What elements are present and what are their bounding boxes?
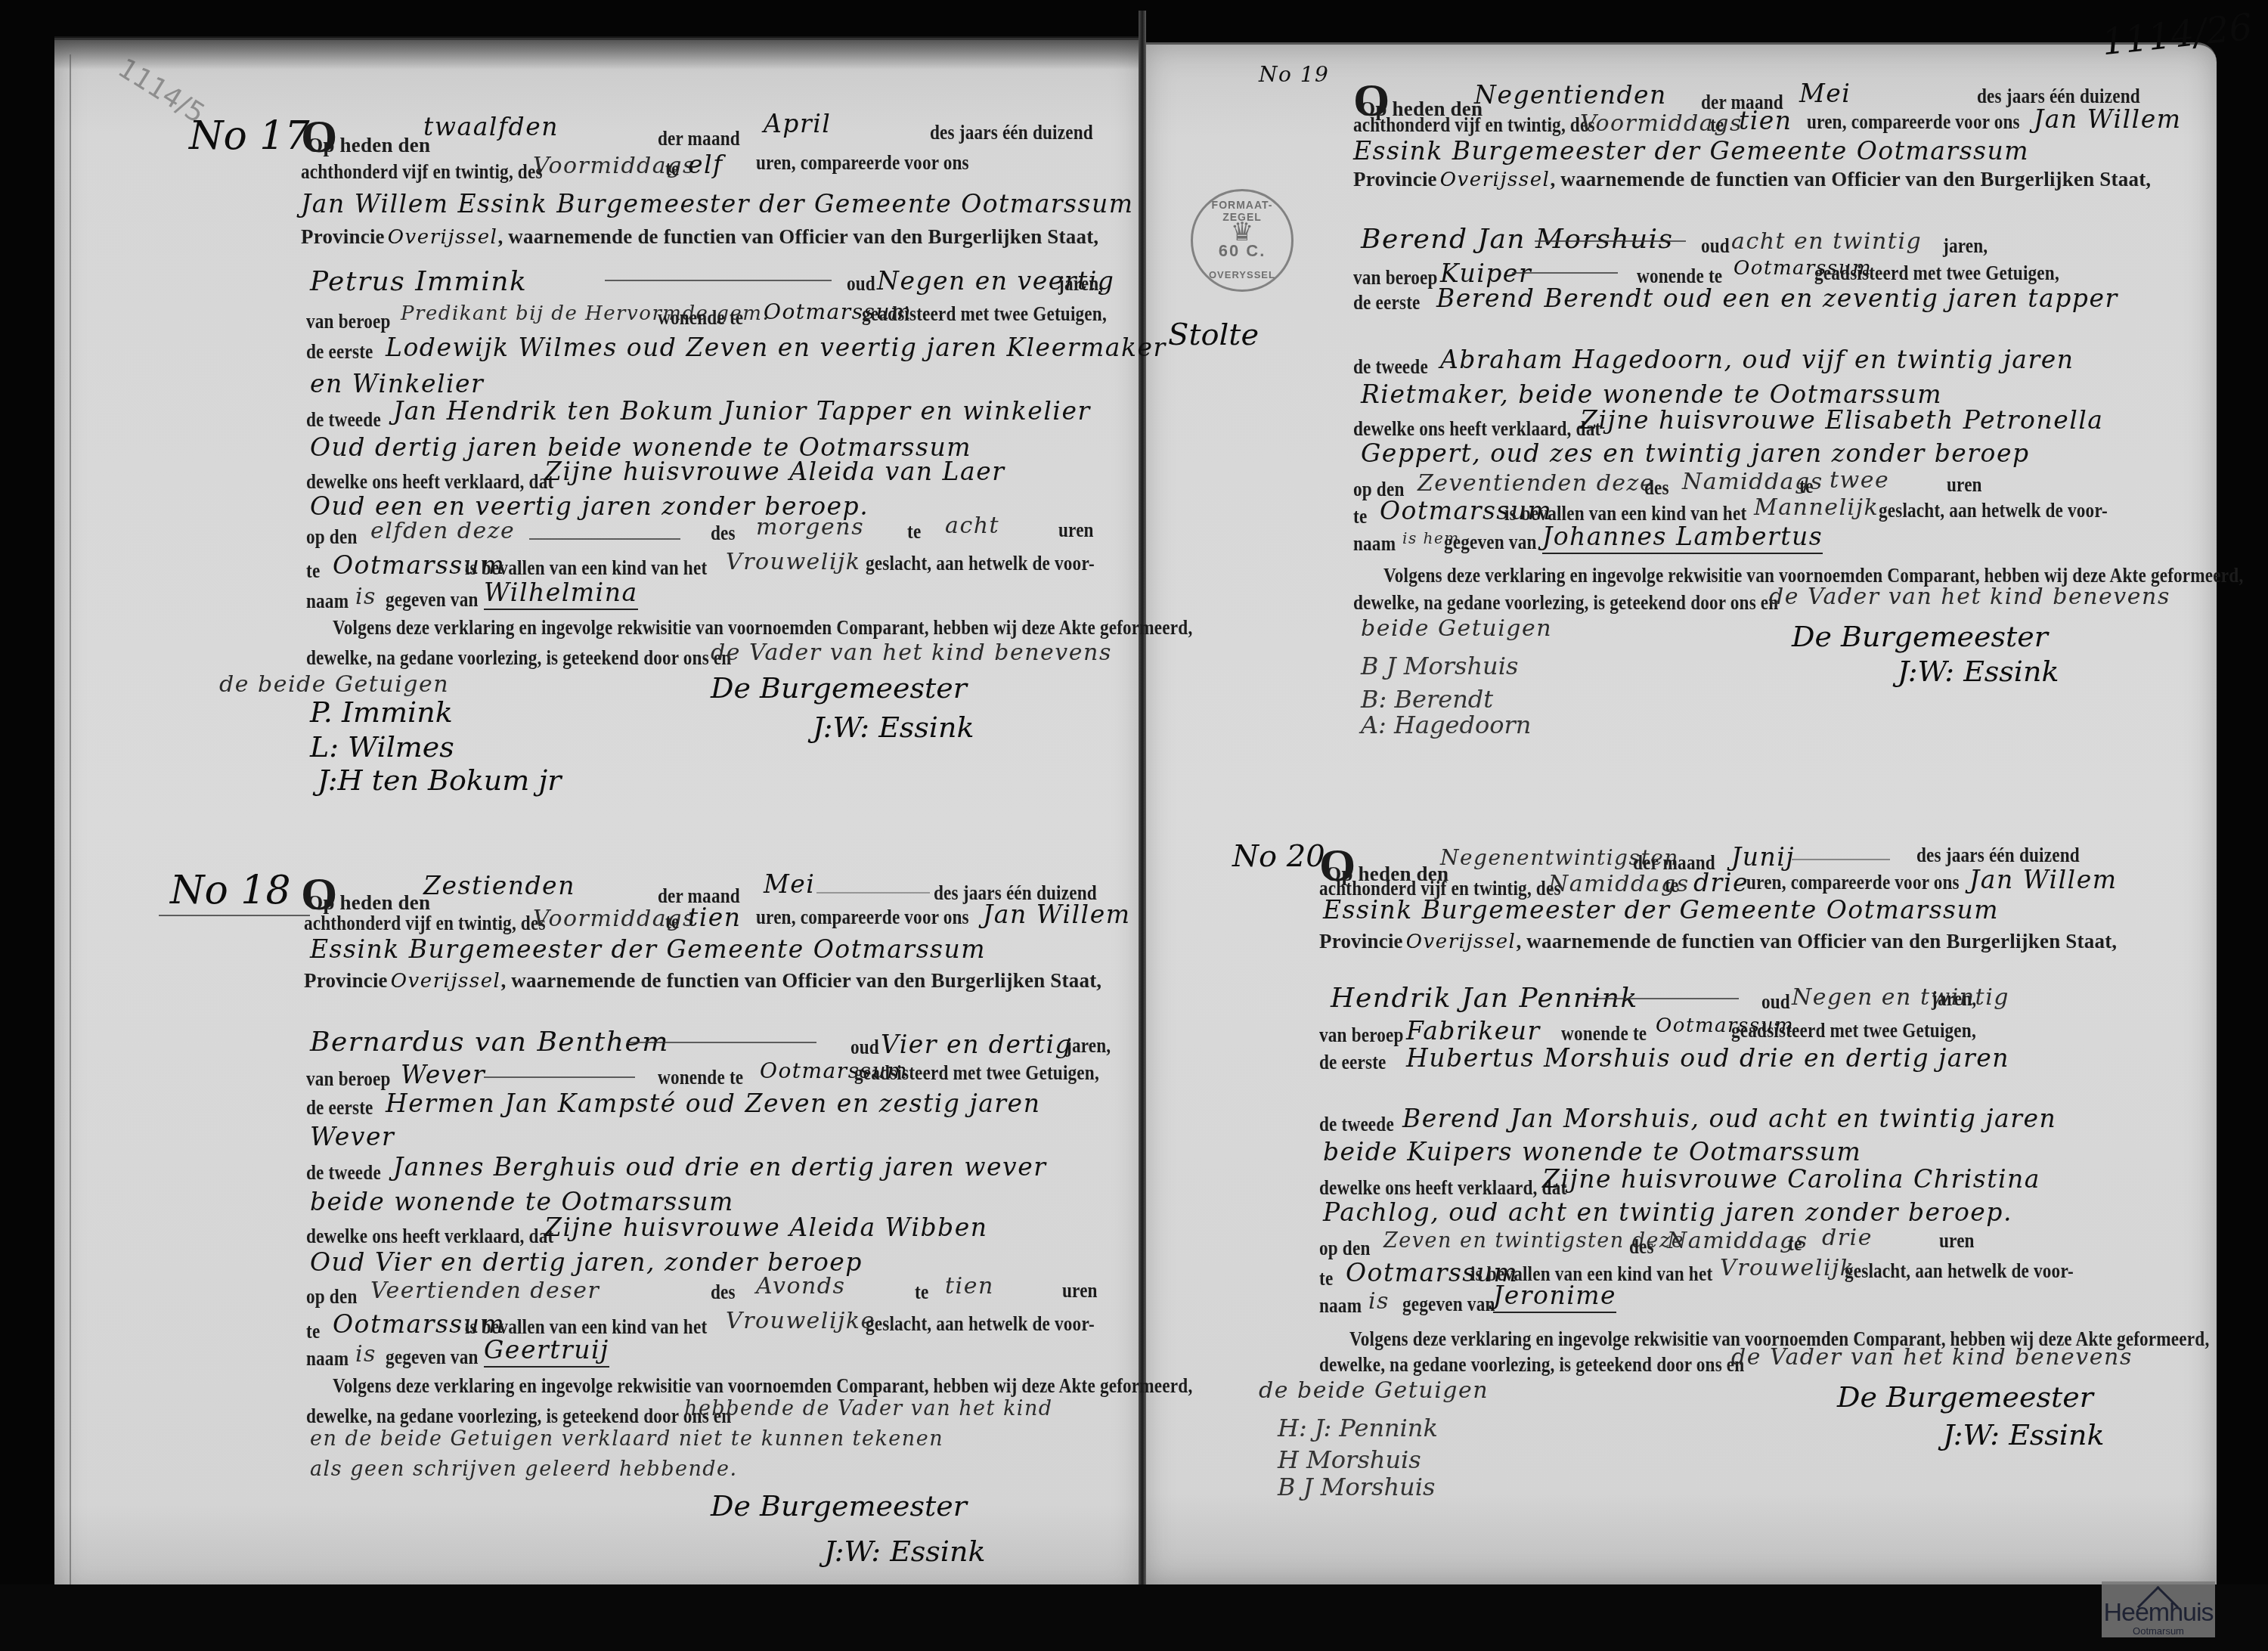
entry-number: No 19	[1259, 62, 1329, 87]
signature-witness-2: J:H ten Bokum jr	[318, 764, 561, 797]
signature-declarant: P. Immink	[310, 695, 453, 729]
signature-witness-1: H Morshuis	[1278, 1445, 1421, 1474]
mayor-signature: J:W: Essink	[1943, 1418, 2105, 1451]
heemhuis-watermark: Heemhuis Ootmarsum	[2102, 1581, 2215, 1637]
mayor-signature: J:W: Essink	[824, 1535, 986, 1568]
mayor-title: De Burgemeester	[711, 1489, 967, 1522]
mayor-title: De Burgemeester	[711, 671, 967, 705]
entry-number: No 18	[170, 868, 291, 913]
entry-number: No 17	[189, 113, 310, 159]
record-month: Mei	[764, 869, 815, 899]
child-name: Johannes Lambertus	[1542, 522, 1823, 554]
birth-day: elfden deze	[370, 518, 515, 544]
child-name: Wilhelmina	[484, 578, 638, 610]
entry-number: No 20	[1232, 839, 1325, 874]
declarant-name: Petrus Immink	[310, 266, 527, 297]
signature-declarant: B J Morshuis	[1361, 652, 1518, 680]
record-day: Zestienden	[423, 871, 575, 900]
bottom-background	[0, 1584, 2268, 1651]
witness-1: Lodewijk Wilmes oud Zeven en veertig jar…	[386, 333, 1167, 362]
record-day: twaalfden	[423, 112, 559, 141]
signature-witness-2: B J Morshuis	[1278, 1473, 1435, 1501]
mother: Zijne huisvrouwe Aleida van Laer	[544, 457, 1005, 486]
page-top-shadow	[54, 36, 1143, 70]
folio-number: 1114/26	[2100, 6, 2254, 64]
signature-witness-2: A: Hagedoorn	[1361, 711, 1531, 739]
record-month: April	[764, 109, 831, 138]
signature-declarant: H: J: Pennink	[1278, 1414, 1438, 1442]
signature-witness-1: B: Berendt	[1361, 685, 1493, 714]
child-name: Jeronime	[1493, 1281, 1616, 1313]
birth-time: morgens	[756, 514, 864, 541]
record-line-1: OOp heden den	[301, 113, 430, 160]
record-hour: elf	[688, 150, 723, 179]
mayor-title: De Burgemeester	[1837, 1380, 2093, 1414]
formaat-zegel-stamp: FORMAAT-ZEGEL ♛ 60 C. OVERYSSEL	[1191, 189, 1294, 292]
declarant-name: Bernardus van Benthem	[310, 1027, 669, 1058]
mayor-title: De Burgemeester	[1792, 620, 2048, 653]
mayor-signature: J:W: Essink	[813, 711, 974, 744]
witness-2: Jan Hendrik ten Bokum Junior Tapper en w…	[393, 396, 1091, 426]
signature-witness-1: L: Wilmes	[310, 730, 454, 764]
left-margin-rule	[70, 54, 71, 1589]
record-official: Jan Willem Essink Burgemeester der Gemee…	[301, 189, 1134, 218]
mayor-signature: J:W: Essink	[1898, 655, 2059, 688]
child-name: Geertruij	[484, 1335, 609, 1368]
child-sex: Vrouwelijk	[726, 549, 861, 575]
margin-signature: Stolte	[1168, 317, 1259, 352]
birth-hour: acht	[945, 513, 999, 539]
book-binding	[1139, 11, 1146, 1598]
